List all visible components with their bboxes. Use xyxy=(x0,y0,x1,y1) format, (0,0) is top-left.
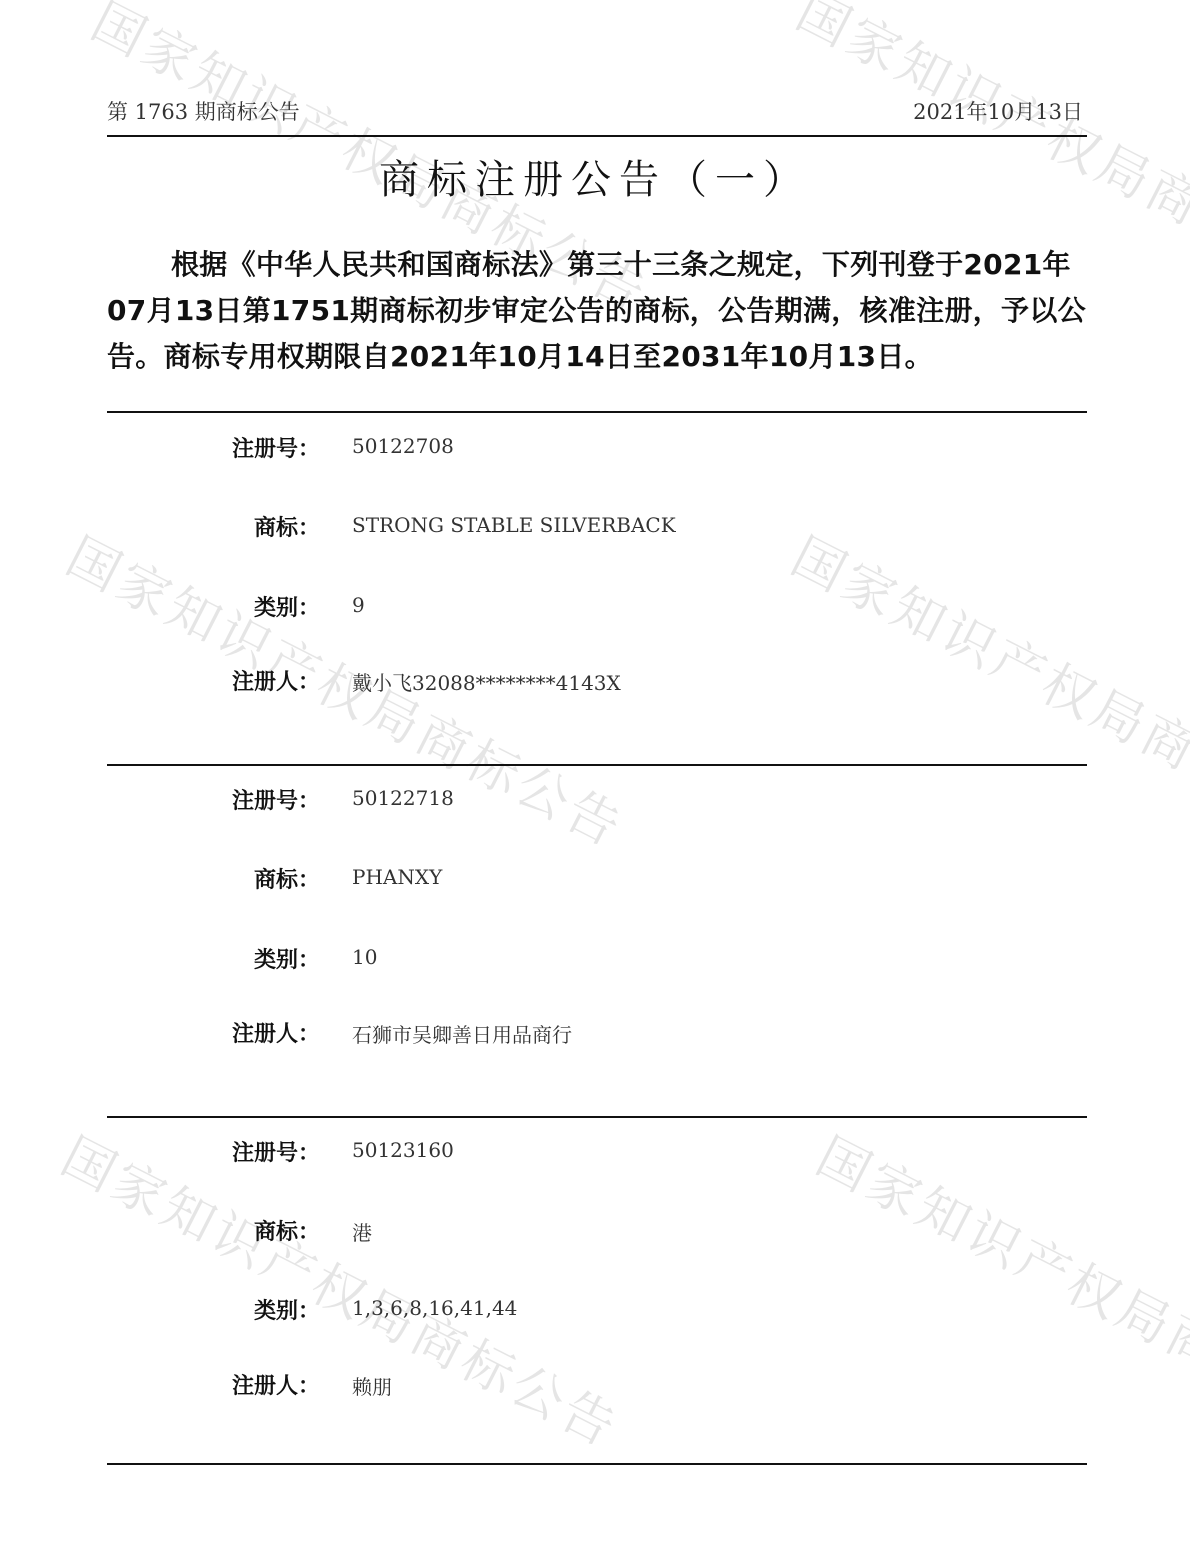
class-value: 10 xyxy=(352,945,377,969)
entry-registrant: 注册人： 戴小飞32088********4143X xyxy=(0,665,1190,705)
entry-mark: 商标： 港 xyxy=(0,1215,1190,1255)
reg-no-value: 50123160 xyxy=(352,1138,454,1162)
entry-registrant: 注册人： 赖朋 xyxy=(0,1369,1190,1409)
mark-value: PHANXY xyxy=(352,865,442,889)
entry-class: 类别： 1,3,6,8,16,41,44 xyxy=(0,1294,1190,1334)
field-label: 商标： xyxy=(254,511,320,542)
entry-registrant: 注册人： 石狮市吴卿善日用品商行 xyxy=(0,1017,1190,1057)
registrant-value: 戴小飞32088********4143X xyxy=(352,667,621,696)
entry-class: 类别： 10 xyxy=(0,943,1190,983)
divider xyxy=(107,764,1087,766)
entry-class: 类别： 9 xyxy=(0,591,1190,631)
field-label: 注册人： xyxy=(232,1017,320,1048)
field-label: 注册号： xyxy=(232,784,320,815)
mark-value: 港 xyxy=(352,1217,372,1246)
intro-paragraph: 根据《中华人民共和国商标法》第三十三条之规定，下列刊登于2021年07月13日第… xyxy=(107,242,1087,380)
divider xyxy=(107,1116,1087,1118)
entry-mark: 商标： PHANXY xyxy=(0,863,1190,903)
entry-reg-no: 注册号： 50122708 xyxy=(0,432,1190,472)
entry-mark: 商标： STRONG STABLE SILVERBACK xyxy=(0,511,1190,551)
field-label: 类别： xyxy=(254,591,320,622)
field-label: 商标： xyxy=(254,1215,320,1246)
registrant-value: 石狮市吴卿善日用品商行 xyxy=(352,1019,572,1048)
divider xyxy=(107,411,1087,413)
page-title: 商标注册公告（一） xyxy=(0,148,1190,205)
issue-date: 2021年10月13日 xyxy=(913,96,1083,126)
divider xyxy=(107,1463,1087,1465)
entry-reg-no: 注册号： 50122718 xyxy=(0,784,1190,824)
mark-value: STRONG STABLE SILVERBACK xyxy=(352,513,676,537)
field-label: 类别： xyxy=(254,943,320,974)
registrant-value: 赖朋 xyxy=(352,1371,392,1400)
reg-no-value: 50122718 xyxy=(352,786,454,810)
field-label: 类别： xyxy=(254,1294,320,1325)
issue-number: 第 1763 期商标公告 xyxy=(107,96,300,126)
field-label: 注册人： xyxy=(232,1369,320,1400)
entry-reg-no: 注册号： 50123160 xyxy=(0,1136,1190,1176)
field-label: 商标： xyxy=(254,863,320,894)
field-label: 注册号： xyxy=(232,1136,320,1167)
class-value: 1,3,6,8,16,41,44 xyxy=(352,1296,517,1320)
class-value: 9 xyxy=(352,593,365,617)
reg-no-value: 50122708 xyxy=(352,434,454,458)
header-divider xyxy=(107,135,1087,137)
field-label: 注册号： xyxy=(232,432,320,463)
field-label: 注册人： xyxy=(232,665,320,696)
page-header: 第 1763 期商标公告 2021年10月13日 xyxy=(107,96,1085,136)
